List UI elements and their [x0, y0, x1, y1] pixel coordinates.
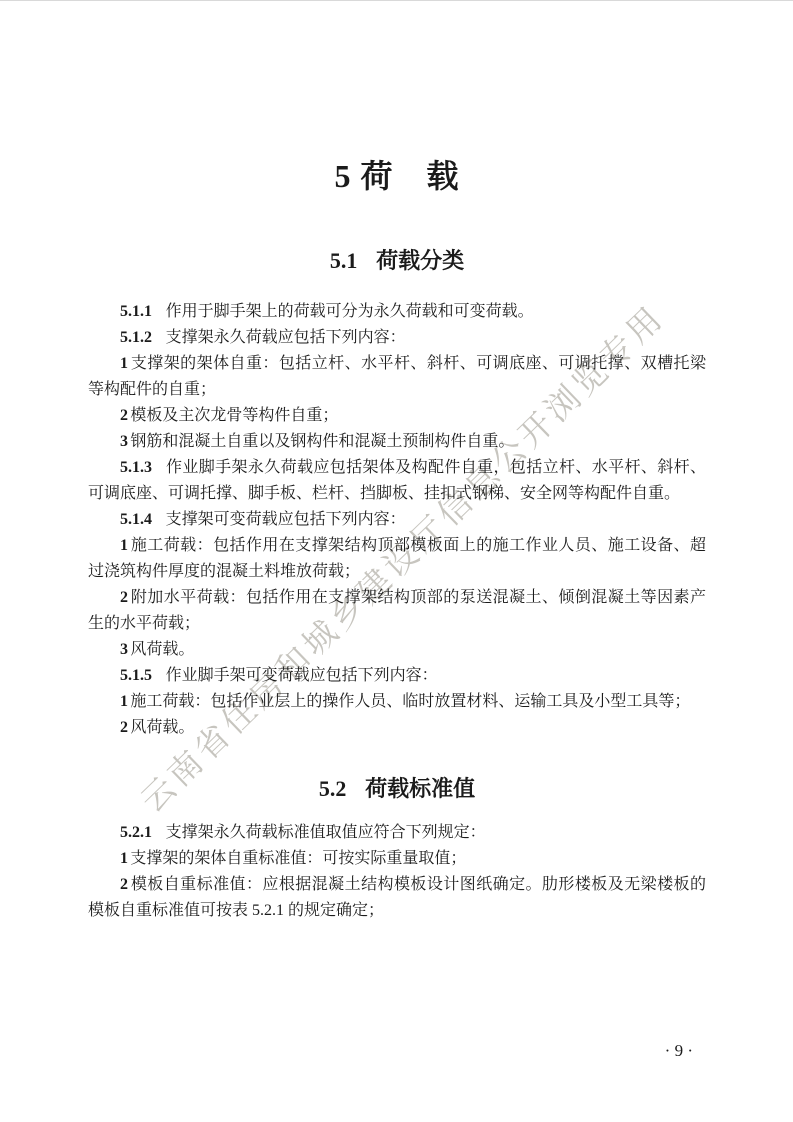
list-item-paragraph: 1施工荷载：包括作用在支撑架结构顶部模板面上的施工作业人员、施工设备、超过浇筑构…	[88, 533, 706, 585]
list-item-paragraph: 1支撑架的架体自重：包括立杆、水平杆、斜杆、可调底座、可调托撑、双槽托梁等构配件…	[88, 351, 706, 403]
chapter-title: 5 荷 载	[88, 156, 706, 196]
clause-number: 5.1.5	[120, 667, 152, 684]
list-item-paragraph: 3风荷载。	[88, 637, 706, 663]
list-item-paragraph: 2模板自重标准值：应根据混凝土结构模板设计图纸确定。肋形楼板及无梁楼板的模板自重…	[88, 872, 706, 924]
item-text: 附加水平荷载：包括作用在支撑架结构顶部的泵送混凝土、倾倒混凝土等因素产生的水平荷…	[88, 589, 706, 632]
item-number: 2	[120, 589, 128, 606]
section-title: 荷载分类	[376, 248, 464, 273]
clause-text: 支撑架可变荷载应包括下列内容：	[166, 511, 406, 528]
clause-paragraph: 5.1.1作用于脚手架上的荷载可分为永久荷载和可变荷载。	[88, 299, 706, 325]
clause-text: 支撑架永久荷载标准值取值应符合下列规定：	[166, 824, 486, 841]
page-number: · 9 ·	[665, 1041, 693, 1061]
item-text: 风荷载。	[130, 641, 194, 658]
item-text: 施工荷载：包括作用在支撑架结构顶部模板面上的施工作业人员、施工设备、超过浇筑构件…	[88, 537, 706, 580]
list-item-paragraph: 3钢筋和混凝土自重以及钢构件和混凝土预制构件自重。	[88, 429, 706, 455]
list-item-paragraph: 2风荷载。	[88, 715, 706, 741]
item-text: 风荷载。	[130, 719, 194, 736]
item-text: 模板自重标准值：应根据混凝土结构模板设计图纸确定。肋形楼板及无梁楼板的模板自重标…	[88, 876, 706, 919]
clause-number: 5.1.2	[120, 329, 152, 346]
item-text: 钢筋和混凝土自重以及钢构件和混凝土预制构件自重。	[130, 433, 514, 450]
clause-paragraph: 5.2.1支撑架永久荷载标准值取值应符合下列规定：	[88, 820, 706, 846]
clause-text: 作业脚手架可变荷载应包括下列内容：	[166, 667, 438, 684]
section-heading-5-2: 5.2荷载标准值	[88, 776, 706, 802]
clause-text: 作业脚手架永久荷载应包括架体及构配件自重，包括立杆、水平杆、斜杆、可调底座、可调…	[88, 459, 706, 502]
item-number: 3	[120, 433, 128, 450]
item-text: 支撑架的架体自重标准值：可按实际重量取值；	[130, 850, 466, 867]
list-item-paragraph: 1支撑架的架体自重标准值：可按实际重量取值；	[88, 846, 706, 872]
clause-paragraph: 5.1.3作业脚手架永久荷载应包括架体及构配件自重，包括立杆、水平杆、斜杆、可调…	[88, 455, 706, 507]
item-number: 2	[120, 407, 128, 424]
section-heading-5-1: 5.1荷载分类	[88, 248, 706, 274]
item-number: 2	[120, 719, 128, 736]
clause-paragraph: 5.1.5作业脚手架可变荷载应包括下列内容：	[88, 663, 706, 689]
clause-text: 支撑架永久荷载应包括下列内容：	[166, 329, 406, 346]
clause-number: 5.1.3	[120, 459, 152, 476]
item-text: 支撑架的架体自重：包括立杆、水平杆、斜杆、可调底座、可调托撑、双槽托梁等构配件的…	[88, 355, 706, 398]
item-number: 1	[120, 355, 128, 372]
page-content: 5 荷 载 5.1荷载分类 5.1.1作用于脚手架上的荷载可分为永久荷载和可变荷…	[0, 156, 793, 924]
item-text: 模板及主次龙骨等构件自重；	[130, 407, 338, 424]
section-5-2-body: 5.2.1支撑架永久荷载标准值取值应符合下列规定： 1支撑架的架体自重标准值：可…	[88, 820, 706, 924]
item-text: 施工荷载：包括作业层上的操作人员、临时放置材料、运输工具及小型工具等；	[130, 693, 690, 710]
clause-number: 5.1.1	[120, 303, 152, 320]
document-page: 云南省住房和城乡建设厅信息公开浏览专用 5 荷 载 5.1荷载分类 5.1.1作…	[0, 0, 793, 1122]
clause-paragraph: 5.1.4支撑架可变荷载应包括下列内容：	[88, 507, 706, 533]
list-item-paragraph: 1施工荷载：包括作业层上的操作人员、临时放置材料、运输工具及小型工具等；	[88, 689, 706, 715]
clause-paragraph: 5.1.2支撑架永久荷载应包括下列内容：	[88, 325, 706, 351]
item-number: 2	[120, 876, 128, 893]
item-number: 1	[120, 693, 128, 710]
clause-text: 作用于脚手架上的荷载可分为永久荷载和可变荷载。	[166, 303, 534, 320]
clause-number: 5.1.4	[120, 511, 152, 528]
item-number: 3	[120, 641, 128, 658]
clause-number: 5.2.1	[120, 824, 152, 841]
list-item-paragraph: 2附加水平荷载：包括作用在支撑架结构顶部的泵送混凝土、倾倒混凝土等因素产生的水平…	[88, 585, 706, 637]
list-item-paragraph: 2模板及主次龙骨等构件自重；	[88, 403, 706, 429]
item-number: 1	[120, 850, 128, 867]
item-number: 1	[120, 537, 128, 554]
section-number: 5.1	[330, 248, 358, 273]
section-number: 5.2	[319, 776, 347, 801]
section-5-1-body: 5.1.1作用于脚手架上的荷载可分为永久荷载和可变荷载。 5.1.2支撑架永久荷…	[88, 299, 706, 741]
section-title: 荷载标准值	[365, 776, 475, 801]
